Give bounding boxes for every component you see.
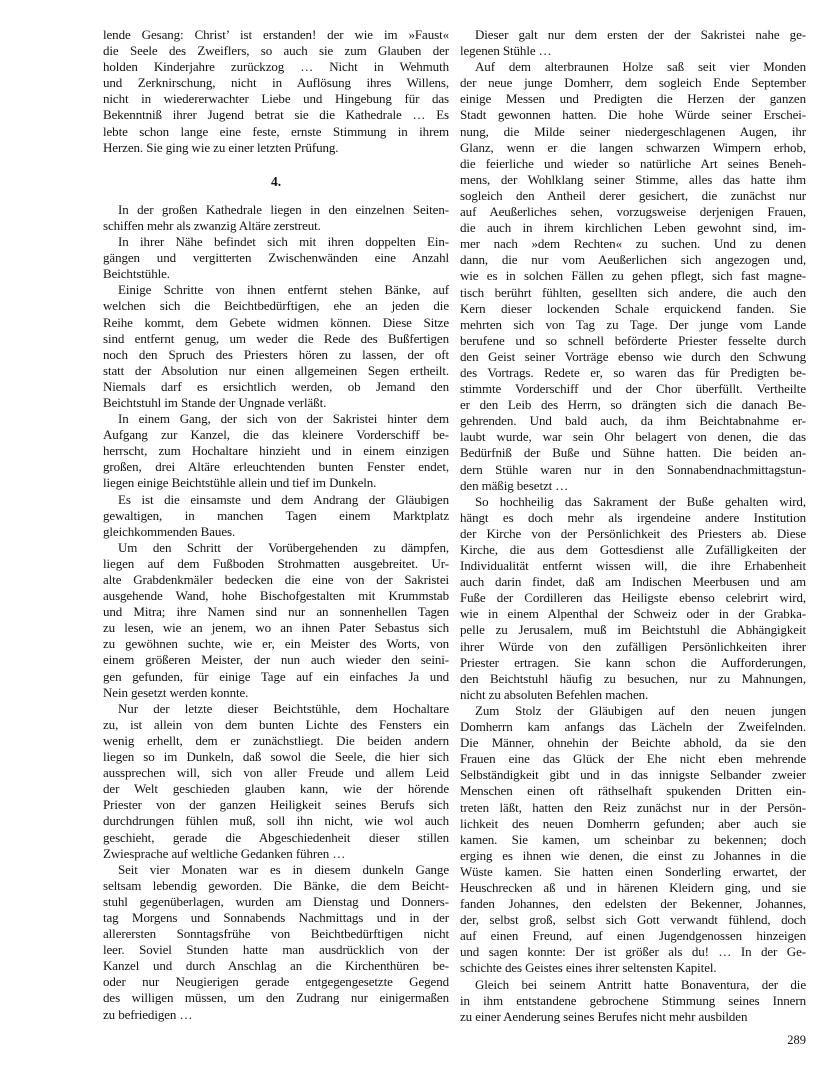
text-line: und Zerknirschung, nicht in Auflösung ih… — [103, 75, 449, 91]
text-line: den mäßig besetzt … — [460, 478, 806, 494]
text-line: Es ist die einsamste und dem Andrang der… — [103, 492, 449, 508]
text-line: Fuße der Cordilleren das Heiligste ebens… — [460, 590, 806, 606]
text-line: Zum Stolz der Gläubigen auf den neuen ju… — [460, 703, 806, 719]
text-line: gleichkommenden Baues. — [103, 524, 449, 540]
text-line: erging es ihnen wie denen, die einst zu … — [460, 848, 806, 864]
paragraph: Gleich bei seinem Antritt hatte Bonavent… — [460, 977, 806, 1025]
text-line: Priester von der ganzen Heiligkeit seine… — [103, 797, 449, 813]
text-line: tag Morgens und Sonnabends Nachmittags u… — [103, 910, 449, 926]
text-line: dern Stühle waren nur in den Sonnabendna… — [460, 462, 806, 478]
text-line: sind entfernt genug, um weder die Rede d… — [103, 331, 449, 347]
text-line: zu befriedigen … — [103, 1007, 449, 1023]
text-line: ausgehende Wand, hohe Bischofgestalten m… — [103, 588, 449, 604]
text-line: der, selbst groß, selbst sich Gott verwa… — [460, 912, 806, 928]
text-line: seltsam lebendig geworden. Die Bänke, di… — [103, 878, 449, 894]
text-line: pelle zu Jerusalem, muß im Beichtstuhl d… — [460, 622, 806, 638]
text-line: zu einer Aenderung seines Berufes nicht … — [460, 1009, 806, 1025]
text-line: Heuschrecken aß und in härenen Kleidern … — [460, 880, 806, 896]
text-line: Auf dem alterbraunen Holze saß seit vier… — [460, 59, 806, 75]
paragraph: Auf dem alterbraunen Holze saß seit vier… — [460, 59, 806, 494]
text-line: Dieser galt nur dem ersten der der Sakri… — [460, 27, 806, 43]
text-line: gen gefunden, für einige Tage auf ein ei… — [103, 669, 449, 685]
paragraph: Um den Schritt der Vorübergehenden zu dä… — [103, 540, 449, 701]
text-line: schichte des Geistes eines ihrer seltens… — [460, 960, 806, 976]
text-line: welchen sich die Beichtbedürftigen, ehe … — [103, 298, 449, 314]
text-line: holden Kinderjahre zurückzog … Nicht in … — [103, 59, 449, 75]
paragraph: So hochheilig das Sakrament der Buße geh… — [460, 494, 806, 703]
text-line: Aufgang zur Kanzel, die das kleinere Vor… — [103, 427, 449, 443]
left-column: lende Gesang: Christ’ ist erstanden! der… — [103, 27, 449, 1023]
text-line: einige Messen und Predigten die Herzen d… — [460, 91, 806, 107]
text-line: schiffen mehr als zwanzig Altäre zerstre… — [103, 218, 449, 234]
text-line: großen, drei Altäre erleuchtenden bunten… — [103, 459, 449, 475]
text-line: gewaltigen, in manchen Tagen einem Markt… — [103, 508, 449, 524]
text-line: Reihe kommt, dem Gebete widmen können. D… — [103, 315, 449, 331]
text-line: des willigen müssen, um den Zudrang nur … — [103, 990, 449, 1006]
text-line: leer. Soviel Stunden hatte man ausdrückl… — [103, 942, 449, 958]
text-line: In der großen Kathedrale liegen in den e… — [103, 202, 449, 218]
paragraph: Einige Schritte von ihnen entfernt stehe… — [103, 282, 449, 411]
text-line: den Geist seiner Vorträge ebenso wie dur… — [460, 349, 806, 365]
text-line: Gleich bei seinem Antritt hatte Bonavent… — [460, 977, 806, 993]
text-line: des Vortrags. Redete er, so waren das fü… — [460, 365, 806, 381]
text-line: Beichtstühle. — [103, 266, 449, 282]
text-line: Individualität entfernt wissen will, die… — [460, 558, 806, 574]
text-line: Nur der letzte dieser Beichtstühle, dem … — [103, 701, 449, 717]
text-line: Stadt gewonnen hatten. Die hohe Würde se… — [460, 107, 806, 123]
page-number: 289 — [460, 1032, 806, 1048]
text-line: Niemals darf es ersichtlich werden, ob J… — [103, 379, 449, 395]
text-line: gehrenden. Und bald auch, da ihm Beichta… — [460, 413, 806, 429]
book-page: lende Gesang: Christ’ ist erstanden! der… — [0, 0, 819, 1065]
text-line: lebte schon lange eine feste, ernste Sti… — [103, 124, 449, 140]
text-line: lichkeit des neuen Domherrn gefunden; ab… — [460, 816, 806, 832]
text-line: Herzen. Sie ging wie zu einer letzten Pr… — [103, 140, 449, 156]
text-line: aussprechen will, sich von aller Freude … — [103, 765, 449, 781]
text-line: berufene und so schnell beförderte Pries… — [460, 333, 806, 349]
text-line: durchdrungen fühlen muß, soll ihn nicht,… — [103, 813, 449, 829]
text-line: Frauen eine das Glück der Ehe nicht eben… — [460, 751, 806, 767]
text-line: In ihrer Nähe befindet sich mit ihren do… — [103, 234, 449, 250]
text-line: in ihm entstandene gebrochene Stimmung s… — [460, 993, 806, 1009]
text-line: fanden Johannes, den edelsten der Bekenn… — [460, 896, 806, 912]
text-line: wenig erhellt, dem er zunächstliegt. Die… — [103, 733, 449, 749]
text-line: legenen Stühle … — [460, 43, 806, 59]
text-line: Kanzel und durch Anschlag an die Kirchen… — [103, 958, 449, 974]
text-line: Glanz, wenn er die langen schwarzen Wimp… — [460, 140, 806, 156]
text-line: liegen auf dem Fußboden Strohmatten ausg… — [103, 556, 449, 572]
text-line: einem größeren Meister, der nun auch wie… — [103, 652, 449, 668]
text-line: Seit vier Monaten war es in diesem dunke… — [103, 862, 449, 878]
paragraph: In ihrer Nähe befindet sich mit ihren do… — [103, 234, 449, 282]
text-line: herrscht, zum Hochaltare hinzieht und in… — [103, 443, 449, 459]
section-heading: 4. — [103, 174, 449, 190]
text-line: zu gewöhnen suchte, wie er, ein Meister … — [103, 636, 449, 652]
text-line: oder nur Neugierigen gerade entgegengese… — [103, 974, 449, 990]
paragraph: Nur der letzte dieser Beichtstühle, dem … — [103, 701, 449, 862]
text-line: Um den Schritt der Vorübergehenden zu dä… — [103, 540, 449, 556]
text-line: und Mitra; ihre Namen sind nur an sonnen… — [103, 604, 449, 620]
text-line: In einem Gang, der sich von der Sakriste… — [103, 411, 449, 427]
text-line: mens, der Wohlklang seiner Stimme, alles… — [460, 172, 806, 188]
text-line: nicht zu absoluten Befehlen machen. — [460, 687, 806, 703]
text-line: auf Aeußerliches sehen, vorzugsweise der… — [460, 204, 806, 220]
text-line: statt der Absolution nur einen allgemein… — [103, 363, 449, 379]
text-line: liegen einige Beichtstühle allein und ti… — [103, 475, 449, 491]
text-line: stimmte Vorderschiff und der Chor überfü… — [460, 381, 806, 397]
text-line: Wüste kamen. Sie hatten einen Sonderling… — [460, 864, 806, 880]
text-line: ihrer Würde von den zufälligen Persönlic… — [460, 639, 806, 655]
text-line: Beichtstuhl im Stande der Ungnade verläß… — [103, 395, 449, 411]
text-line: treten läßt, hatten den Reiz zunächst nu… — [460, 800, 806, 816]
text-line: nung, die Milde seiner niedergeschlagene… — [460, 124, 806, 140]
text-line: noch den Spruch des Priesters hören zu l… — [103, 347, 449, 363]
text-line: So hochheilig das Sakrament der Buße geh… — [460, 494, 806, 510]
text-line: der neue junge Domherr, dem sogleich End… — [460, 75, 806, 91]
text-line: er den Leib des Herrn, so drängten sich … — [460, 397, 806, 413]
text-line: Nein gesetzt werden konnte. — [103, 685, 449, 701]
text-line: alte Grabdenkmäler bedecken die eine von… — [103, 572, 449, 588]
text-line: mehrten sich von Tag zu Tage. Der junge … — [460, 317, 806, 333]
text-line: Kern dieser lockenden Schale erquickend … — [460, 301, 806, 317]
text-line: Zwiesprache auf weltliche Gedanken führe… — [103, 846, 449, 862]
text-line: Bedürfniß der Buße und Sühne hatten. Die… — [460, 445, 806, 461]
paragraph: Dieser galt nur dem ersten der der Sakri… — [460, 27, 806, 59]
paragraph: Zum Stolz der Gläubigen auf den neuen ju… — [460, 703, 806, 977]
text-line: der Kirche von der Persönlichkeit des Pr… — [460, 526, 806, 542]
text-line: lende Gesang: Christ’ ist erstanden! der… — [103, 27, 449, 43]
text-line: zu lesen, wie an jenem, wo an ihnen Pate… — [103, 620, 449, 636]
paragraph: In einem Gang, der sich von der Sakriste… — [103, 411, 449, 491]
text-line: die auch in ihrem kirchlichen Leben gewo… — [460, 220, 806, 236]
text-line: Bekenntniß ihrer Jugend betrat sie die K… — [103, 107, 449, 123]
text-line: laubt wurde, war sein Ohr belagert von d… — [460, 429, 806, 445]
text-line: auf einen Freund, auf einen Jugendgenoss… — [460, 928, 806, 944]
text-line: nicht in wiedererwachter Liebe und Hinge… — [103, 91, 449, 107]
text-line: gängen und vergitterten Zwischenwänden e… — [103, 250, 449, 266]
paragraph: In der großen Kathedrale liegen in den e… — [103, 202, 449, 234]
text-line: dann, die nur vom Aeußerlichen sich ange… — [460, 252, 806, 268]
text-line: hängt es doch mehr als irgendeine andere… — [460, 510, 806, 526]
text-line: der Welt geschieden glauben kann, wie de… — [103, 781, 449, 797]
text-line: liegen so im Dunkeln, daß sowol die Seel… — [103, 749, 449, 765]
right-column: Dieser galt nur dem ersten der der Sakri… — [460, 27, 806, 1025]
text-line: Domherrn kam anfangs das Lächeln der Zwe… — [460, 719, 806, 735]
text-line: sogleich den Antheil derer gesichert, di… — [460, 188, 806, 204]
text-line: Selbständigkeit gibt und in das innigste… — [460, 767, 806, 783]
paragraph: lende Gesang: Christ’ ist erstanden! der… — [103, 27, 449, 156]
text-line: tisch berührt fühlten, gesellten sich an… — [460, 285, 806, 301]
text-line: allerersten Sonntagsfrühe von Beichtbedü… — [103, 926, 449, 942]
text-line: Menschen einen oft räthselhaft spukenden… — [460, 783, 806, 799]
text-line: und sagen konnte: Der ist größer als du!… — [460, 944, 806, 960]
text-line: die Seele des Zweiflers, so auch sie zum… — [103, 43, 449, 59]
text-line: auch darin findet, daß am Indischen Meer… — [460, 574, 806, 590]
text-line: die feierliche und wieder so natürliche … — [460, 156, 806, 172]
text-line: Kirche, die aus dem Gottesdienst alle Zu… — [460, 542, 806, 558]
text-line: wie es in solchen Fällen zu gehen pflegt… — [460, 268, 806, 284]
text-line: mer nach »dem Rechten« zu suchen. Und zu… — [460, 236, 806, 252]
text-line: kamen. Sie kamen, um scheinbar zu bekenn… — [460, 832, 806, 848]
text-line: Priester ertragen. Sie kann schon die Au… — [460, 655, 806, 671]
text-line: zu, ist allein von dem bunten Lichte des… — [103, 717, 449, 733]
text-line: Die Männer, ohnehin der Beichte abhold, … — [460, 735, 806, 751]
text-line: geschieht, gerade die Abgeschiedenheit d… — [103, 830, 449, 846]
paragraph: Es ist die einsamste und dem Andrang der… — [103, 492, 449, 540]
paragraph: Seit vier Monaten war es in diesem dunke… — [103, 862, 449, 1023]
text-line: wie in einem Alpenthal der Schweiz oder … — [460, 606, 806, 622]
text-line: Einige Schritte von ihnen entfernt stehe… — [103, 282, 449, 298]
text-line: den Beichtstuhl häufig zu besuchen, nur … — [460, 671, 806, 687]
text-line: stuhl gegenüberlagen, wurden am Dienstag… — [103, 894, 449, 910]
